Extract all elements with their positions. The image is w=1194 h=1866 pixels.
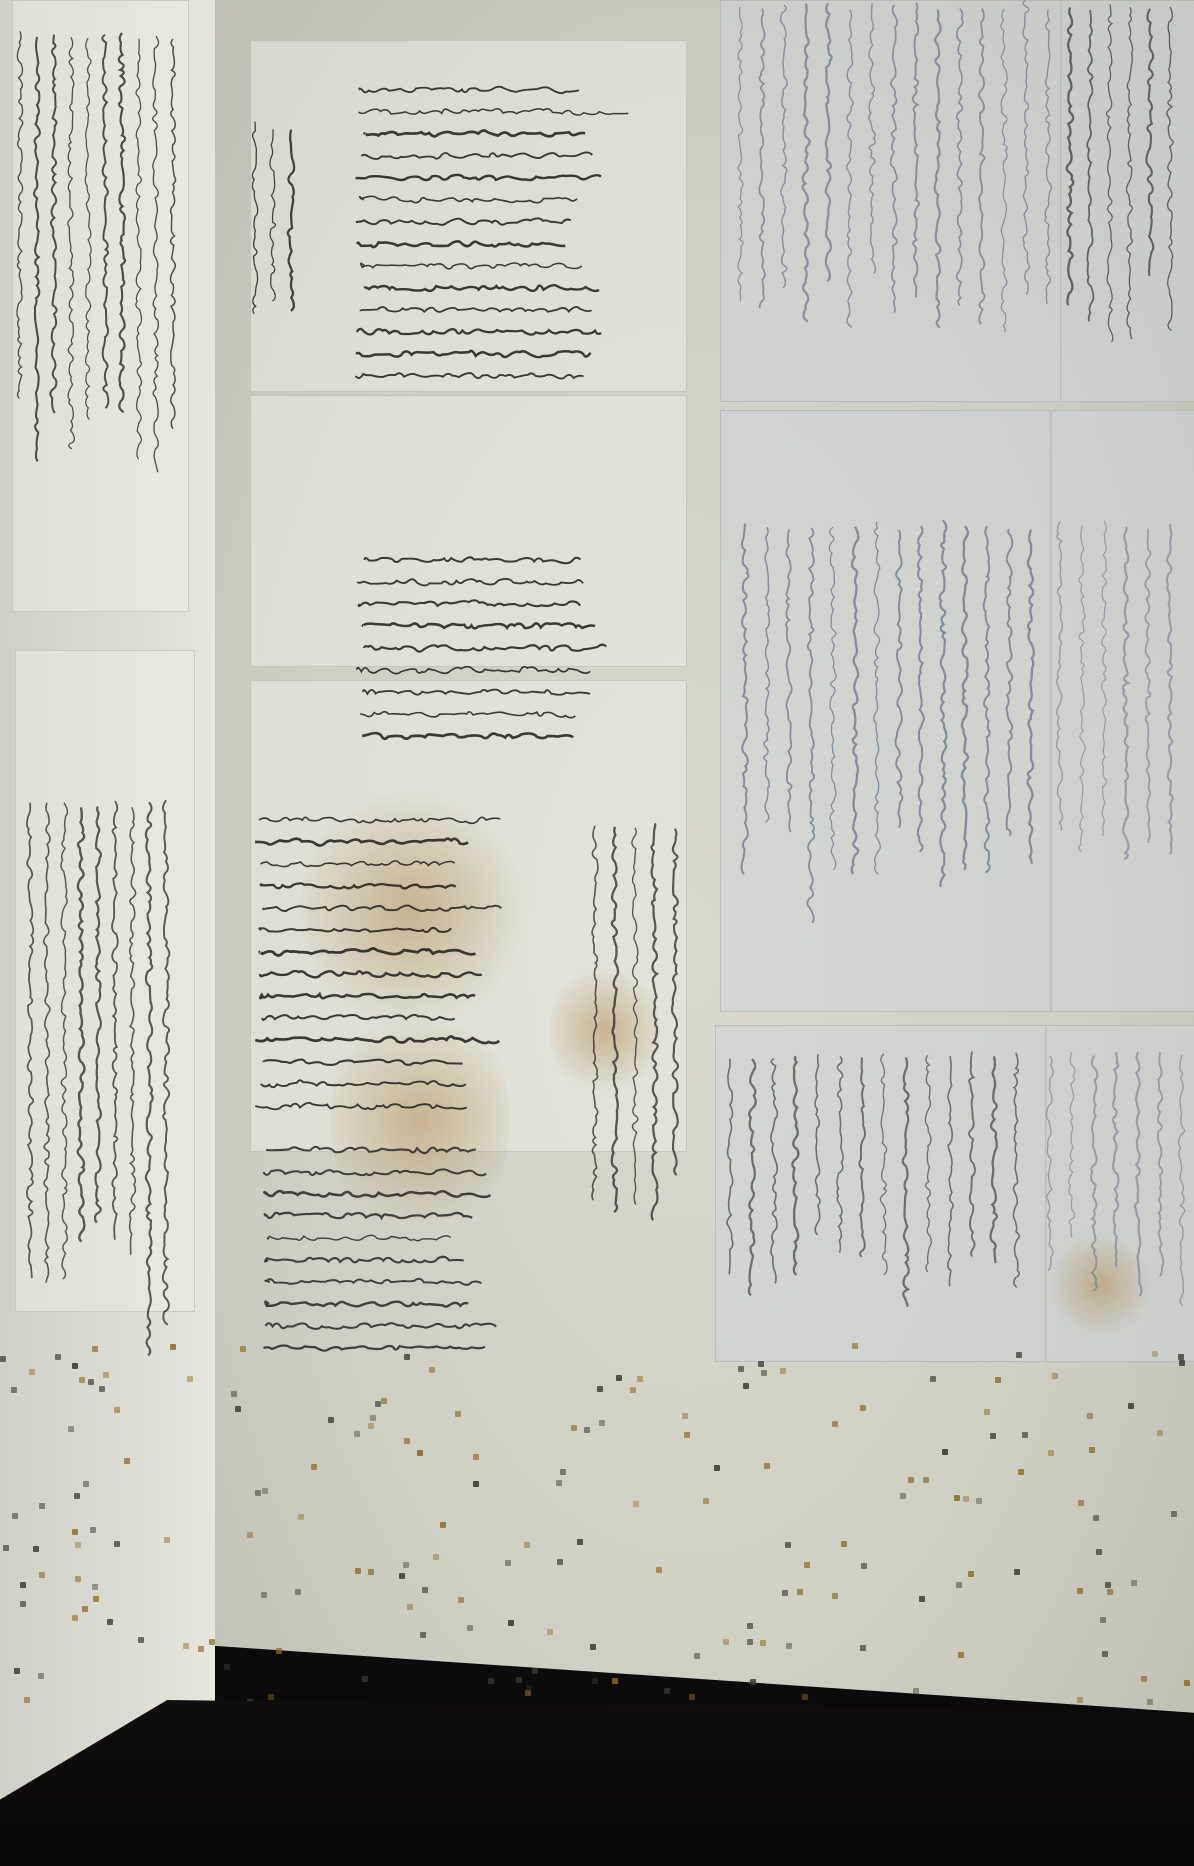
paper-fleck	[38, 1673, 44, 1679]
paper-fleck	[968, 1571, 974, 1577]
paper-fleck	[616, 1375, 622, 1381]
paper-fleck	[1171, 1511, 1177, 1517]
paper-fleck	[577, 1539, 583, 1545]
paper-fleck	[599, 1420, 605, 1426]
paper-fleck	[224, 1664, 230, 1670]
paper-fleck	[92, 1584, 98, 1590]
photo-scene: Paper walls covered with handwritten Jap…	[0, 0, 1194, 1866]
paper-fleck	[399, 1573, 405, 1579]
paper-fleck	[1184, 1680, 1190, 1686]
paper-fleck	[240, 1346, 246, 1352]
paper-fleck	[802, 1694, 808, 1700]
paper-fleck	[1078, 1500, 1084, 1506]
paper-fleck	[11, 1387, 17, 1393]
paper-fleck	[198, 1646, 204, 1652]
paper-fleck	[90, 1527, 96, 1533]
paper-fleck	[590, 1644, 596, 1650]
paper-fleck	[919, 1596, 925, 1602]
paper-fleck	[1152, 1351, 1158, 1357]
paper-fleck	[295, 1589, 301, 1595]
paper-fleck	[908, 1477, 914, 1483]
paper-fleck	[703, 1498, 709, 1504]
paper-fleck	[68, 1426, 74, 1432]
paper-fleck	[976, 1498, 982, 1504]
paper-fleck	[29, 1369, 35, 1375]
paper-fleck	[231, 1391, 237, 1397]
paper-fleck	[1157, 1430, 1163, 1436]
paper-fleck	[557, 1559, 563, 1565]
paper-fleck	[761, 1370, 767, 1376]
paper-fleck	[1178, 1354, 1184, 1360]
paper-fleck	[24, 1697, 30, 1703]
paper-fleck	[1022, 1432, 1028, 1438]
paper-fleck	[74, 1493, 80, 1499]
paper-fleck	[255, 1490, 261, 1496]
paper-fleck	[860, 1405, 866, 1411]
paper-fleck	[560, 1469, 566, 1475]
paper-fleck	[841, 1541, 847, 1547]
paper-fleck	[3, 1545, 9, 1551]
paper-fleck	[780, 1368, 786, 1374]
paper-fleck	[630, 1387, 636, 1393]
paper-fleck	[1014, 1569, 1020, 1575]
paper-fleck	[262, 1488, 268, 1494]
paper-fleck	[1105, 1582, 1111, 1588]
paper-fleck	[508, 1620, 514, 1626]
paper-fleck	[1048, 1450, 1054, 1456]
paper-fleck	[92, 1346, 98, 1352]
paper-fleck	[138, 1637, 144, 1643]
paper-fleck	[612, 1678, 618, 1684]
paper-fleck	[328, 1417, 334, 1423]
paper-fleck	[422, 1587, 428, 1593]
paper-fleck	[990, 1433, 996, 1439]
paper-fleck	[747, 1623, 753, 1629]
paper-fleck	[832, 1593, 838, 1599]
paper-fleck	[547, 1629, 553, 1635]
paper-fleck	[354, 1431, 360, 1437]
paper-fleck	[20, 1601, 26, 1607]
paper-fleck	[684, 1432, 690, 1438]
paper-fleck	[467, 1625, 473, 1631]
paper-fleck	[103, 1372, 109, 1378]
paper-fleck	[656, 1567, 662, 1573]
paper-fleck	[39, 1572, 45, 1578]
paper-fleck	[370, 1415, 376, 1421]
paper-fleck	[524, 1542, 530, 1548]
paper-fleck	[433, 1554, 439, 1560]
paper-fleck	[276, 1648, 282, 1654]
paper-fleck	[473, 1454, 479, 1460]
paper-fleck	[804, 1562, 810, 1568]
paper-fleck	[407, 1604, 413, 1610]
paper-fleck	[114, 1407, 120, 1413]
paper-fleck	[1052, 1373, 1058, 1379]
paper-fleck	[782, 1590, 788, 1596]
paper-fleck	[72, 1615, 78, 1621]
paper-fleck	[942, 1449, 948, 1455]
paper-fleck	[429, 1367, 435, 1373]
paper-fleck	[861, 1563, 867, 1569]
paper-fleck	[1096, 1549, 1102, 1555]
paper-fleck	[832, 1421, 838, 1427]
paper-fleck	[114, 1541, 120, 1547]
paper-fleck	[75, 1542, 81, 1548]
paper-fleck	[930, 1376, 936, 1382]
paper-fleck	[473, 1481, 479, 1487]
paper-fleck	[209, 1639, 215, 1645]
paper-fleck	[93, 1596, 99, 1602]
paper-fleck	[83, 1481, 89, 1487]
paper-fleck	[164, 1537, 170, 1543]
paper-fleck	[99, 1386, 105, 1392]
paper-fleck	[1016, 1352, 1022, 1358]
paper-fleck	[187, 1376, 193, 1382]
paper-fleck	[33, 1546, 39, 1552]
paper-fleck	[75, 1576, 81, 1582]
paper-fleck	[1018, 1469, 1024, 1475]
paper-fleck	[1077, 1697, 1083, 1703]
floor	[0, 1700, 1194, 1866]
paper-fleck	[375, 1401, 381, 1407]
paper-fleck	[900, 1493, 906, 1499]
paper-fleck	[355, 1568, 361, 1574]
paper-fleck	[14, 1668, 20, 1674]
paper-fleck	[633, 1501, 639, 1507]
paper-fleck	[124, 1458, 130, 1464]
paper-fleck	[954, 1495, 960, 1501]
paper-fleck	[758, 1361, 764, 1367]
paper-fleck	[458, 1597, 464, 1603]
paper-fleck	[170, 1344, 176, 1350]
paper-fleck	[516, 1677, 522, 1683]
paper-fleck	[913, 1688, 919, 1694]
paper-fleck	[183, 1643, 189, 1649]
paper-fleck	[1102, 1651, 1108, 1657]
paper-fleck	[488, 1678, 494, 1684]
paper-fleck	[1141, 1676, 1147, 1682]
paper-fleck	[39, 1503, 45, 1509]
paper-fleck	[738, 1366, 744, 1372]
paper-fleck	[1077, 1588, 1083, 1594]
paper-fleck	[311, 1464, 317, 1470]
paper-fleck	[750, 1679, 756, 1685]
paper-fleck	[261, 1592, 267, 1598]
paper-fleck	[505, 1560, 511, 1566]
paper-fleck	[958, 1652, 964, 1658]
paper-fleck	[368, 1423, 374, 1429]
paper-fleck	[362, 1676, 368, 1682]
paper-fleck	[1107, 1589, 1113, 1595]
paper-fleck	[404, 1354, 410, 1360]
paper-fleck	[694, 1653, 700, 1659]
paper-fleck	[956, 1582, 962, 1588]
paper-fleck	[455, 1411, 461, 1417]
paper-fleck	[571, 1425, 577, 1431]
paper-fleck	[860, 1645, 866, 1651]
paper-fleck	[764, 1463, 770, 1469]
paper-fleck	[723, 1639, 729, 1645]
paper-fleck	[0, 1356, 6, 1362]
paper-fleck	[417, 1450, 423, 1456]
paper-fleck	[440, 1522, 446, 1528]
paper-fleck	[404, 1438, 410, 1444]
paper-fleck	[852, 1343, 858, 1349]
paper-fleck	[20, 1582, 26, 1588]
paper-fleck	[268, 1694, 274, 1700]
paper-fleck	[785, 1542, 791, 1548]
paper-fleck	[12, 1513, 18, 1519]
paper-fleck	[1131, 1580, 1137, 1586]
paper-fleck	[368, 1569, 374, 1575]
paper-fleck	[79, 1377, 85, 1383]
paper-fleck	[298, 1514, 304, 1520]
paper-fleck	[689, 1694, 695, 1700]
paper-fleck	[532, 1668, 538, 1674]
paper-fleck	[1089, 1447, 1095, 1453]
paper-fleck	[107, 1619, 113, 1625]
paper-fleck	[923, 1477, 929, 1483]
paper-fleck	[786, 1643, 792, 1649]
paper-fleck	[235, 1406, 241, 1412]
paper-fleck	[1128, 1403, 1134, 1409]
paper-fleck	[420, 1632, 426, 1638]
paper-fleck	[381, 1398, 387, 1404]
paper-fleck	[584, 1427, 590, 1433]
paper-fleck	[760, 1640, 766, 1646]
paper-fleck	[995, 1377, 1001, 1383]
paper-fleck	[1093, 1515, 1099, 1521]
paper-fleck	[1147, 1699, 1153, 1705]
paper-fleck	[526, 1685, 532, 1691]
paper-fleck	[743, 1383, 749, 1389]
paper-fleck	[592, 1678, 598, 1684]
paper-fleck	[747, 1639, 753, 1645]
paper-fleck	[637, 1376, 643, 1382]
paper-fleck	[1179, 1360, 1185, 1366]
calligraphy-ink-strokes	[0, 0, 1194, 1866]
paper-fleck	[984, 1409, 990, 1415]
paper-fleck	[1087, 1413, 1093, 1419]
paper-fleck	[72, 1363, 78, 1369]
paper-fleck	[597, 1386, 603, 1392]
paper-fleck	[1100, 1617, 1106, 1623]
paper-fleck	[963, 1496, 969, 1502]
paper-fleck	[82, 1606, 88, 1612]
paper-fleck	[403, 1562, 409, 1568]
paper-fleck	[714, 1465, 720, 1471]
paper-fleck	[88, 1379, 94, 1385]
paper-fleck	[72, 1529, 78, 1535]
paper-fleck	[55, 1354, 61, 1360]
paper-fleck	[247, 1532, 253, 1538]
paper-fleck	[664, 1688, 670, 1694]
paper-fleck	[797, 1589, 803, 1595]
paper-fleck	[682, 1413, 688, 1419]
paper-fleck	[556, 1480, 562, 1486]
